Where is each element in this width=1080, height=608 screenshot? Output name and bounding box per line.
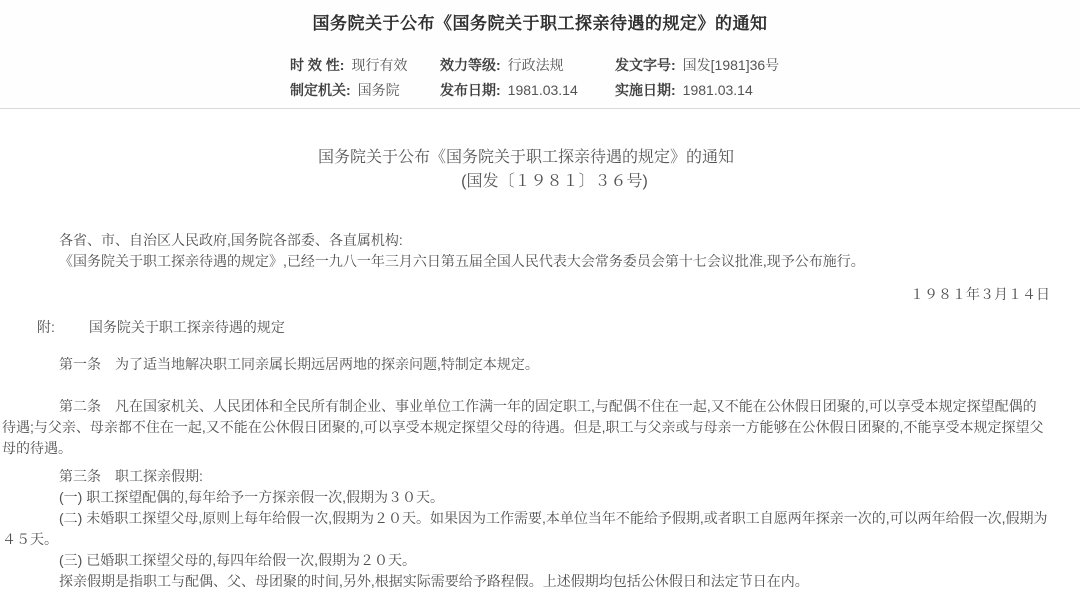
- meta-publish-date: 发布日期:1981.03.14: [440, 80, 615, 100]
- meta-row: 时 效 性:现行有效 效力等级:行政法规 发文字号:国发[1981]36号: [290, 55, 790, 75]
- meta-row: 制定机关:国务院 发布日期:1981.03.14 实施日期:1981.03.14: [290, 80, 790, 100]
- document-title: 国务院关于公布《国务院关于职工探亲待遇的规定》的通知: [2, 146, 1050, 170]
- meta-value: 行政法规: [508, 57, 564, 73]
- meta-value: 现行有效: [351, 57, 407, 73]
- law-header: 国务院关于公布《国务院关于职工探亲待遇的规定》的通知 时 效 性:现行有效 效力…: [0, 0, 1080, 109]
- leave-item-3: (三) 已婚职工探望父母的,每四年给假一次,假期为２０天。: [2, 550, 1050, 571]
- document-number: (国发〔１９８１〕３６号): [2, 170, 1050, 194]
- meta-label: 时 效 性:: [290, 57, 344, 73]
- leave-item-1: (一) 职工探望配偶的,每年给予一方探亲假一次,假期为３０天。: [2, 487, 1050, 508]
- article-1: 第一条 为了适当地解决职工同亲属长期远居两地的探亲问题,特制定本规定。: [2, 354, 1050, 375]
- meta-doc-number: 发文字号:国发[1981]36号: [615, 55, 790, 75]
- article-2: 第二条 凡在国家机关、人民团体和全民所有制企业、事业单位工作满一年的固定职工,与…: [2, 396, 1050, 459]
- issue-date: １９８１年３月１４日: [2, 284, 1050, 305]
- salutation-line: 各省、市、自治区人民政府,国务院各部委、各直属机构:: [2, 230, 1050, 251]
- meta-legal-level: 效力等级:行政法规: [440, 55, 615, 75]
- attachment-line: 附:国务院关于职工探亲待遇的规定: [2, 317, 1050, 338]
- meta-value: 1981.03.14: [683, 82, 753, 98]
- meta-issuing-body: 制定机关:国务院: [290, 80, 440, 100]
- meta-effectiveness: 时 效 性:现行有效: [290, 55, 440, 75]
- leave-item-2: (二) 未婚职工探望父母,原则上每年给假一次,假期为２０天。如果因为工作需要,本…: [2, 508, 1050, 550]
- intro-paragraph: 《国务院关于职工探亲待遇的规定》,已经一九八一年三月六日第五届全国人民代表大会常…: [2, 251, 1050, 272]
- note-paragraph: 探亲假期是指职工与配偶、父、母团聚的时间,另外,根据实际需要给予路程假。上述假期…: [2, 571, 1050, 592]
- law-meta-table: 时 效 性:现行有效 效力等级:行政法规 发文字号:国发[1981]36号 制定…: [290, 55, 790, 100]
- meta-value: 国务院: [358, 82, 400, 98]
- meta-label: 实施日期:: [615, 82, 676, 98]
- article-3: 第三条 职工探亲假期:: [2, 466, 1050, 487]
- meta-label: 效力等级:: [440, 57, 501, 73]
- page-title: 国务院关于公布《国务院关于职工探亲待遇的规定》的通知: [0, 9, 1080, 34]
- document-body: 国务院关于公布《国务院关于职工探亲待遇的规定》的通知 (国发〔１９８１〕３６号)…: [0, 146, 1080, 592]
- meta-label: 制定机关:: [290, 82, 351, 98]
- attachment-label: 附:: [37, 319, 55, 335]
- attachment-title: 国务院关于职工探亲待遇的规定: [89, 319, 285, 335]
- meta-value: 1981.03.14: [508, 82, 578, 98]
- meta-label: 发布日期:: [440, 82, 501, 98]
- meta-label: 发文字号:: [615, 57, 676, 73]
- meta-effective-date: 实施日期:1981.03.14: [615, 80, 790, 100]
- meta-value: 国发[1981]36号: [683, 57, 780, 73]
